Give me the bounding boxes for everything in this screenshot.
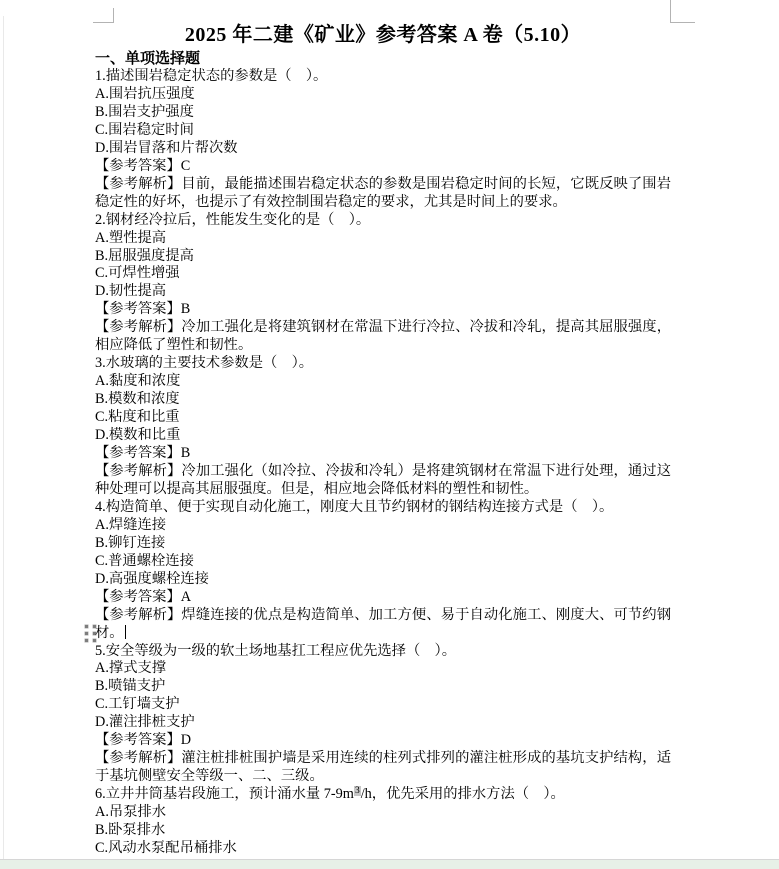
page-corner-mark-top-right	[670, 0, 695, 23]
drag-handle-dot	[85, 632, 88, 635]
question-stem: 5.安全等级为一级的软土场地基扛工程应优先选择（ ）。	[95, 643, 671, 661]
option-d: D.模数和比重	[95, 427, 671, 445]
answer-value: B	[181, 301, 191, 317]
option-b: B.卧泵排水	[95, 822, 671, 840]
option-c: C.风动水泵配吊桶排水	[95, 840, 671, 858]
explanation-label: 【参考解析】	[95, 750, 181, 766]
question-6: 6.立井井筒基岩段施工，预计涌水量 7-9m3/h，优先采用的排水方法（ ）。 …	[95, 786, 671, 858]
stem-text: 6.立井井筒基岩段施工，预计涌水量 7-9m	[95, 786, 354, 802]
question-stem: 3.水玻璃的主要技术参数是（ ）。	[95, 355, 671, 373]
explanation-label: 【参考解析】	[95, 176, 181, 192]
question-4: 4.构造简单、便于实现自动化施工，刚度大且节约钢材的钢结构连接方式是（ ）。 A…	[95, 499, 671, 643]
answer-label: 【参考答案】	[95, 158, 181, 174]
option-c: C.普通螺栓连接	[95, 553, 671, 571]
question-3: 3.水玻璃的主要技术参数是（ ）。 A.黏度和浓度 B.模数和浓度 C.粘度和比…	[95, 355, 671, 499]
page-left-edge	[3, 16, 4, 859]
drag-handle-dot	[85, 625, 88, 628]
answer-line: 【参考答案】A	[95, 589, 671, 607]
question-stem: 1.描述围岩稳定状态的参数是（ ）。	[95, 68, 671, 86]
text-cursor	[125, 625, 126, 639]
explanation-label: 【参考解析】	[95, 463, 181, 479]
section-heading: 一、单项选择题	[95, 50, 671, 68]
answer-label: 【参考答案】	[95, 732, 181, 748]
document-title: 2025 年二建《矿业》参考答案 A 卷（5.10）	[95, 20, 671, 50]
explanation-label: 【参考解析】	[95, 319, 181, 335]
option-a: A.黏度和浓度	[95, 373, 671, 391]
answer-value: D	[181, 732, 191, 748]
answer-label: 【参考答案】	[95, 301, 181, 317]
option-b: B.屈服强度提高	[95, 248, 671, 266]
explanation-text: 冷加工强化是将建筑钢材在常温下进行冷拉、冷拔和冷轧，提高其屈服强度，相应降低了塑…	[95, 319, 671, 353]
answer-value: A	[181, 589, 191, 605]
document-page[interactable]: 2025 年二建《矿业》参考答案 A 卷（5.10） 一、单项选择题 1.描述围…	[95, 20, 671, 858]
option-c: C.可焊性增强	[95, 265, 671, 283]
option-b: B.喷锚支护	[95, 678, 671, 696]
explanation-line: 【参考解析】冷加工强化是将建筑钢材在常温下进行冷拉、冷拔和冷轧，提高其屈服强度，…	[95, 319, 671, 355]
option-d: D.灌注排桩支护	[95, 714, 671, 732]
answer-line: 【参考答案】D	[95, 732, 671, 750]
option-a: A.撑式支撑	[95, 660, 671, 678]
stem-text: /h，优先采用的排水方法（ ）。	[361, 786, 565, 802]
explanation-line: 【参考解析】冷加工强化（如冷拉、冷拔和冷轧）是将建筑钢材在常温下进行处理，通过这…	[95, 463, 671, 499]
answer-value: C	[181, 158, 191, 174]
question-stem: 2.钢材经冷拉后，性能发生变化的是（ ）。	[95, 212, 671, 230]
question-stem: 6.立井井筒基岩段施工，预计涌水量 7-9m3/h，优先采用的排水方法（ ）。	[95, 786, 671, 804]
explanation-line: 【参考解析】目前，最能描述围岩稳定状态的参数是围岩稳定时间的长短，它既反映了围岩…	[95, 176, 671, 212]
question-5: 5.安全等级为一级的软土场地基扛工程应优先选择（ ）。 A.撑式支撑 B.喷锚支…	[95, 643, 671, 787]
drag-handle-dot	[85, 639, 88, 642]
option-b: B.围岩支护强度	[95, 104, 671, 122]
explanation-text: 目前，最能描述围岩稳定状态的参数是围岩稳定时间的长短，它既反映了围岩稳定性的好坏…	[95, 176, 671, 210]
answer-label: 【参考答案】	[95, 445, 181, 461]
explanation-line: 【参考解析】灌注桩排桩围护墙是采用连续的柱列式排列的灌注桩形成的基坑支护结构，适…	[95, 750, 671, 786]
option-b: B.模数和浓度	[95, 391, 671, 409]
bottom-bar	[0, 859, 779, 869]
explanation-text: 焊缝连接的优点是构造简单、加工方便、易于自动化施工、刚度大、可节约钢材。	[95, 607, 671, 641]
option-d: D.围岩冒落和片帮次数	[95, 140, 671, 158]
answer-label: 【参考答案】	[95, 589, 181, 605]
answer-line: 【参考答案】B	[95, 301, 671, 319]
option-a: A.塑性提高	[95, 230, 671, 248]
superscript-3-highlighted: 3	[354, 786, 361, 796]
option-a: A.吊泵排水	[95, 804, 671, 822]
explanation-label: 【参考解析】	[95, 607, 181, 623]
question-stem: 4.构造简单、便于实现自动化施工，刚度大且节约钢材的钢结构连接方式是（ ）。	[95, 499, 671, 517]
option-c: C.粘度和比重	[95, 409, 671, 427]
question-2: 2.钢材经冷拉后，性能发生变化的是（ ）。 A.塑性提高 B.屈服强度提高 C.…	[95, 212, 671, 356]
answer-line: 【参考答案】B	[95, 445, 671, 463]
explanation-line: 【参考解析】焊缝连接的优点是构造简单、加工方便、易于自动化施工、刚度大、可节约钢…	[95, 607, 671, 643]
answer-value: B	[181, 445, 191, 461]
option-a: A.焊缝连接	[95, 517, 671, 535]
option-c: C.围岩稳定时间	[95, 122, 671, 140]
option-a: A.围岩抗压强度	[95, 86, 671, 104]
option-d: D.高强度螺栓连接	[95, 571, 671, 589]
option-b: B.铆钉连接	[95, 535, 671, 553]
explanation-text: 灌注桩排桩围护墙是采用连续的柱列式排列的灌注桩形成的基坑支护结构，适于基坑侧壁安…	[95, 750, 671, 784]
question-1: 1.描述围岩稳定状态的参数是（ ）。 A.围岩抗压强度 B.围岩支护强度 C.围…	[95, 68, 671, 212]
answer-line: 【参考答案】C	[95, 158, 671, 176]
option-c: C.工钉墙支护	[95, 696, 671, 714]
explanation-text: 冷加工强化（如冷拉、冷拔和冷轧）是将建筑钢材在常温下进行处理，通过这种处理可以提…	[95, 463, 671, 497]
option-d: D.韧性提高	[95, 283, 671, 301]
